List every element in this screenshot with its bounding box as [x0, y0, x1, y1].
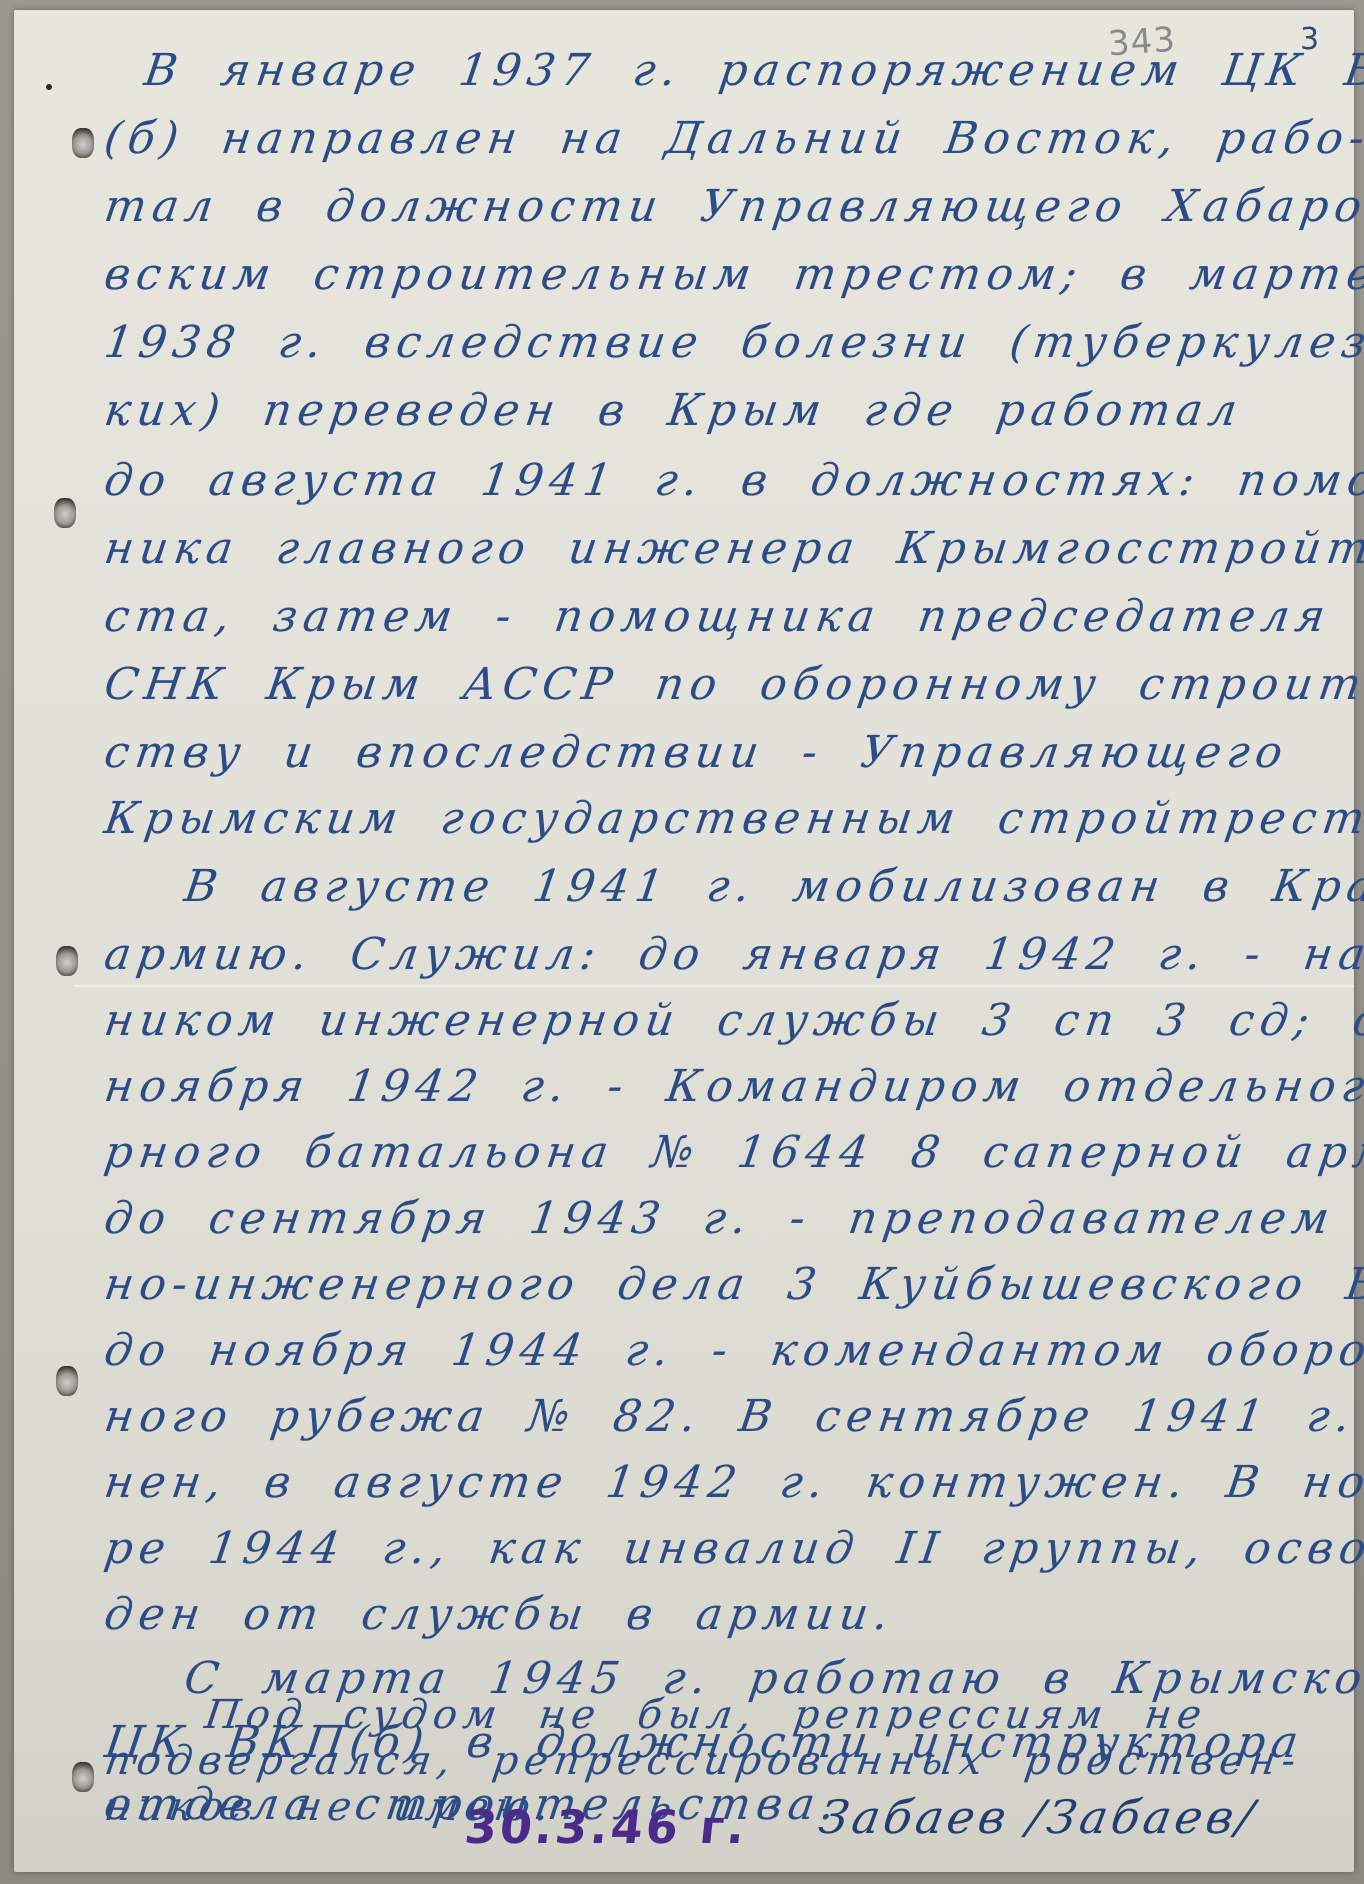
text-line: В августе 1941 г. мобилизован в Красную [180, 861, 1364, 921]
text-line: армию. Служил: до января 1942 г. - начал… [100, 929, 1364, 989]
text-line: ста, затем - помощника председателя [100, 591, 1334, 651]
text-line: до сентября 1943 г. - преподавателем вое… [100, 1193, 1364, 1253]
text-line: СНК Крым АССР по оборонному строитель- [100, 659, 1364, 719]
punch-hole [72, 128, 94, 158]
punch-hole [56, 1366, 78, 1396]
text-line: нен, в августе 1942 г. контужен. В нояб- [100, 1457, 1364, 1517]
text-line: 1938 г. вследствие болезни (туберкулез л… [100, 317, 1364, 377]
document-date: 30.3.46 г. [462, 1800, 750, 1854]
text-line: но-инженерного дела 3 Куйбышевского ВПУ; [100, 1259, 1364, 1319]
signature: Забаев /Забаев/ [815, 1790, 1261, 1844]
text-line: до ноября 1944 г. - комендантом оборонит… [100, 1325, 1364, 1385]
text-line: тал в должности Управляющего Хабаро- [100, 181, 1364, 241]
punch-hole [54, 498, 76, 528]
text-line: (б) направлен на Дальний Восток, рабо- [100, 113, 1364, 173]
text-line: ника главного инженера Крымгосстройтре- [100, 523, 1364, 583]
text-line: ству и впоследствии - Управляющего [100, 727, 1292, 787]
punch-hole [72, 1762, 94, 1792]
punch-hole [56, 946, 78, 976]
paper-dot [46, 84, 52, 90]
text-line: ноября 1942 г. - Командиром отдельного с… [100, 1061, 1364, 1121]
text-line: ником инженерной службы 3 сп 3 сд; до [100, 995, 1364, 1055]
text-line: рного батальона № 1644 8 саперной армии; [100, 1127, 1364, 1187]
text-line: ких) переведен в Крым где работал [100, 385, 1246, 445]
text-line: В январе 1937 г. распоряжением ЦК ВКП [140, 45, 1364, 105]
text-line: ден от службы в армии. [100, 1589, 898, 1649]
text-line: Крымским государственным стройтрестом. [100, 793, 1364, 853]
text-line: вским строительным трестом; в марте [100, 249, 1364, 309]
text-line: до августа 1941 г. в должностях: помощ- [100, 455, 1364, 515]
text-line: ного рубежа № 82. В сентябре 1941 г. ра- [100, 1391, 1364, 1451]
text-line: ре 1944 г., как инвалид II группы, освоб… [100, 1523, 1364, 1583]
